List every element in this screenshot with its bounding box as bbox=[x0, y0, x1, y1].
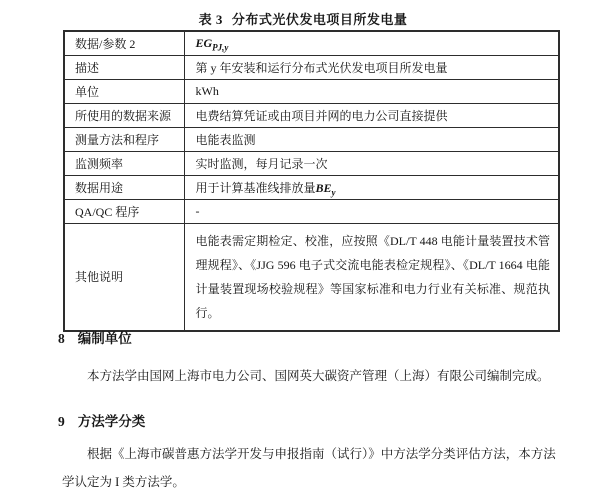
param-value-cell: 电能表监测 bbox=[184, 127, 559, 151]
param-value-cell: 用于计算基准线排放量BEy bbox=[184, 175, 559, 199]
section-8-paragraph: 本方法学由国网上海市电力公司、国网英大碳资产管理（上海）有限公司编制完成。 bbox=[62, 362, 564, 390]
table-row: 监测频率 实时监测，每月记录一次 bbox=[64, 151, 559, 175]
section-9-number: 9 bbox=[58, 414, 65, 429]
section-9-paragraph: 根据《上海市碳普惠方法学开发与申报指南（试行）》中方法学分类评估方法，本方法学认… bbox=[62, 440, 564, 496]
param-label-cell: 所使用的数据来源 bbox=[64, 103, 184, 127]
table-row: QA/QC 程序 - bbox=[64, 199, 559, 223]
param-value-text: 用于计算基准线排放量 bbox=[196, 181, 316, 195]
param-label-cell: 其他说明 bbox=[64, 223, 184, 331]
table-row: 数据用途 用于计算基准线排放量BEy bbox=[64, 175, 559, 199]
section-8-title: 编制单位 bbox=[78, 331, 132, 346]
param-value-cell: EGPJ,y bbox=[184, 31, 559, 55]
param-value-cell: 实时监测，每月记录一次 bbox=[184, 151, 559, 175]
param-value-cell: kWh bbox=[184, 79, 559, 103]
param-value-cell: 第 y 年安装和运行分布式光伏发电项目所发电量 bbox=[184, 55, 559, 79]
table-row: 描述 第 y 年安装和运行分布式光伏发电项目所发电量 bbox=[64, 55, 559, 79]
table-row: 其他说明 电能表需定期检定、校准，应按照《DL/T 448 电能计量装置技术管理… bbox=[64, 223, 559, 331]
table-row: 单位 kWh bbox=[64, 79, 559, 103]
param-value-cell: 电费结算凭证或由项目并网的电力公司直接提供 bbox=[184, 103, 559, 127]
table-caption-text: 分布式光伏发电项目所发电量 bbox=[232, 12, 408, 27]
table-row: 数据/参数 2 EGPJ,y bbox=[64, 31, 559, 55]
param-label-cell: 数据用途 bbox=[64, 175, 184, 199]
formula-eg-pjy: EGPJ,y bbox=[196, 36, 229, 50]
section-9-heading: 9方法学分类 bbox=[58, 410, 145, 430]
param-label-cell: 单位 bbox=[64, 79, 184, 103]
table-row: 测量方法和程序 电能表监测 bbox=[64, 127, 559, 151]
param-label-cell: 数据/参数 2 bbox=[64, 31, 184, 55]
parameter-table-grid: 数据/参数 2 EGPJ,y 描述 第 y 年安装和运行分布式光伏发电项目所发电… bbox=[63, 30, 560, 332]
parameter-table: 数据/参数 2 EGPJ,y 描述 第 y 年安装和运行分布式光伏发电项目所发电… bbox=[63, 30, 560, 332]
formula-be-y: BEy bbox=[316, 181, 336, 195]
document-page: 表 3分布式光伏发电项目所发电量 数据/参数 2 EGPJ,y 描述 第 y 年… bbox=[0, 0, 606, 503]
param-value-cell: 电能表需定期检定、校准，应按照《DL/T 448 电能计量装置技术管理规程》、《… bbox=[184, 223, 559, 331]
section-8-number: 8 bbox=[58, 331, 65, 346]
table-row: 所使用的数据来源 电费结算凭证或由项目并网的电力公司直接提供 bbox=[64, 103, 559, 127]
param-label-cell: 描述 bbox=[64, 55, 184, 79]
section-9-title: 方法学分类 bbox=[78, 414, 146, 429]
param-label-cell: QA/QC 程序 bbox=[64, 199, 184, 223]
param-value-cell: - bbox=[184, 199, 559, 223]
param-label-cell: 监测频率 bbox=[64, 151, 184, 175]
section-8-heading: 8编制单位 bbox=[58, 327, 132, 347]
param-label-cell: 测量方法和程序 bbox=[64, 127, 184, 151]
table-caption-number: 表 3 bbox=[199, 12, 223, 27]
table-caption: 表 3分布式光伏发电项目所发电量 bbox=[0, 9, 606, 28]
